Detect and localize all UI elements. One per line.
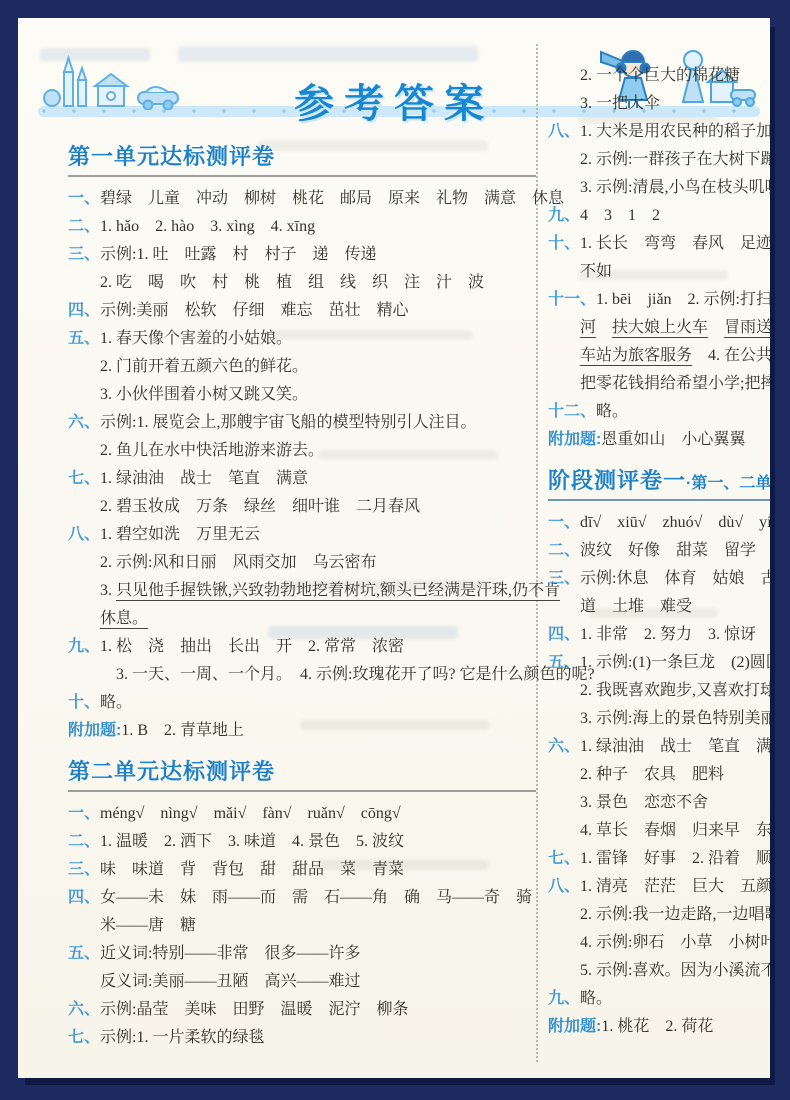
question-number-marker: 九、 bbox=[68, 638, 100, 655]
answer-line: 三、味 味道 背 背包 甜 甜品 菜 青菜 bbox=[68, 856, 536, 884]
answer-text: 4. 示例:卵石 小草 小树叶 小 bbox=[580, 934, 770, 951]
answer-text: 3. 示例:海上的景色特别美丽。 bbox=[580, 710, 770, 727]
answer-line: 2. 示例:一群孩子在大树下蹦蹦跳 bbox=[548, 146, 770, 174]
answer-text: 2. 示例:我一边走路,一边唱歌。 bbox=[580, 906, 770, 923]
answer-line: 十一、1. bēi jiǎn 2. 示例:打扫打扫 bbox=[548, 286, 770, 314]
question-number-marker: 五、 bbox=[548, 654, 580, 671]
underlined-answer-text: 车站为旅客服务 bbox=[580, 347, 692, 366]
answer-line: 3. 一天、一周、一个月。 4. 示例:玫瑰花开了吗? 它是什么颜色的呢? bbox=[68, 661, 536, 689]
answer-line: 六、1. 绿油油 战士 笔直 满意 bbox=[548, 733, 770, 761]
answer-line: 十、1. 长长 弯弯 春风 足迹 爱心 bbox=[548, 230, 770, 258]
answer-text: 2. 一个个巨大的棉花糖 bbox=[580, 67, 740, 84]
answer-line: 2. 示例:风和日丽 风雨交加 乌云密布 bbox=[68, 549, 536, 577]
section-heading: 第一单元达标测评卷 bbox=[68, 140, 536, 177]
answer-line: 车站为旅客服务 4. 在公共汽 bbox=[548, 342, 770, 370]
answer-text: 碧绿 儿童 冲动 柳树 桃花 邮局 原来 礼物 满意 休息 bbox=[100, 190, 564, 207]
answer-line: 2. 一个个巨大的棉花糖 bbox=[548, 62, 770, 90]
answer-line: 4. 草长 春烟 归来早 东风放 bbox=[548, 817, 770, 845]
answer-text: 略。 bbox=[596, 403, 628, 420]
answer-line: 三、示例:休息 体育 姑娘 古代 bbox=[548, 565, 770, 593]
answer-line: 3. 景色 恋恋不舍 bbox=[548, 789, 770, 817]
answer-text: 示例:1. 一片柔软的绿毯 bbox=[100, 1029, 264, 1046]
answer-text bbox=[596, 319, 612, 336]
answer-line: 附加题:1. 桃花 2. 荷花 bbox=[548, 1013, 770, 1041]
answer-line: 一、dī√ xiū√ zhuó√ dù√ yín bbox=[548, 509, 770, 537]
answer-text: 5. 示例:喜欢。因为小溪流不怕困 bbox=[580, 962, 770, 979]
question-number-marker: 十二、 bbox=[548, 403, 596, 420]
answer-text: 3. 示例:清晨,小鸟在枝头叽叽喳喳 bbox=[580, 179, 770, 196]
section-heading: 阶段测评卷一·第一、二单元 bbox=[548, 464, 770, 501]
answer-line: 八、1. 清亮 茫茫 巨大 五颜六色 bbox=[548, 873, 770, 901]
bonus-question-label: 附加题: bbox=[548, 431, 601, 448]
question-number-marker: 七、 bbox=[548, 850, 580, 867]
answer-text: 1. 温暖 2. 洒下 3. 味道 4. 景色 5. 波纹 bbox=[100, 833, 404, 850]
question-number-marker: 四、 bbox=[68, 889, 100, 906]
answer-text: 3. bbox=[100, 582, 116, 599]
question-number-marker: 八、 bbox=[548, 123, 580, 140]
answer-line: 九、1. 松 浇 抽出 长出 开 2. 常常 浓密 bbox=[68, 633, 536, 661]
bonus-question-label: 附加题: bbox=[68, 722, 121, 739]
answer-line: 2. 我既喜欢跑步,又喜欢打球。 bbox=[548, 677, 770, 705]
answer-text: méng√ nìng√ mǎi√ fàn√ ruǎn√ cōng√ bbox=[100, 805, 401, 822]
question-number-marker: 三、 bbox=[68, 861, 100, 878]
question-number-marker: 五、 bbox=[68, 330, 100, 347]
answer-line: 5. 示例:喜欢。因为小溪流不怕困 bbox=[548, 957, 770, 985]
answer-line: 3. 示例:清晨,小鸟在枝头叽叽喳喳 bbox=[548, 174, 770, 202]
answer-line: 十二、略。 bbox=[548, 398, 770, 426]
answer-line: 一、méng√ nìng√ mǎi√ fàn√ ruǎn√ cōng√ bbox=[68, 800, 536, 828]
answer-text: 3. 一把大伞 bbox=[580, 95, 660, 112]
answer-line: 2. 种子 农具 肥料 bbox=[548, 761, 770, 789]
answer-line: 二、1. hǎo 2. hào 3. xìng 4. xīng bbox=[68, 213, 536, 241]
answer-line: 九、略。 bbox=[548, 985, 770, 1013]
answer-line: 休息。 bbox=[68, 605, 536, 633]
answer-text: 3. 小伙伴围着小树又跳又笑。 bbox=[100, 386, 308, 403]
answer-line: 反义词:美丽——丑陋 高兴——难过 bbox=[68, 968, 536, 996]
question-number-marker: 九、 bbox=[548, 207, 580, 224]
answers-column-right: 2. 一个个巨大的棉花糖3. 一把大伞八、1. 大米是用农民种的稻子加工出来2.… bbox=[548, 62, 770, 1041]
question-number-marker: 四、 bbox=[68, 302, 100, 319]
answer-line: 七、示例:1. 一片柔软的绿毯 bbox=[68, 1024, 536, 1052]
answer-text: 示例:美丽 松软 仔细 难忘 茁壮 精心 bbox=[100, 302, 408, 319]
answer-line: 四、示例:美丽 松软 仔细 难忘 茁壮 精心 bbox=[68, 297, 536, 325]
answer-text: 1. bēi jiǎn 2. 示例:打扫打扫 bbox=[596, 291, 770, 308]
underlined-answer-text: 只见他手握铁锹,兴致勃勃地挖着树坑,额头已经满是汗珠,仍不肯 bbox=[116, 582, 560, 601]
answer-line: 河 扶大娘上火车 冒雨送大娘 bbox=[548, 314, 770, 342]
answer-text: 略。 bbox=[580, 990, 612, 1007]
answer-line: 4. 示例:卵石 小草 小树叶 小 bbox=[548, 929, 770, 957]
answer-line: 米——唐 糖 bbox=[68, 912, 536, 940]
answer-line: 六、示例:晶莹 美味 田野 温暖 泥泞 柳条 bbox=[68, 996, 536, 1024]
question-number-marker: 一、 bbox=[68, 805, 100, 822]
question-number-marker: 二、 bbox=[68, 218, 100, 235]
answer-text: 示例:晶莹 美味 田野 温暖 泥泞 柳条 bbox=[100, 1001, 408, 1018]
answer-line: 2. 鱼儿在水中快活地游来游去。 bbox=[68, 437, 536, 465]
answer-text: 示例:休息 体育 姑娘 古代 bbox=[580, 570, 770, 587]
answer-line: 道 土堆 难受 bbox=[548, 593, 770, 621]
answer-line: 不如 bbox=[548, 258, 770, 286]
answer-line: 3. 只见他手握铁锹,兴致勃勃地挖着树坑,额头已经满是汗珠,仍不肯 bbox=[68, 577, 536, 605]
answer-line: 五、1. 示例:(1)一条巨龙 (2)圆圆的 bbox=[548, 649, 770, 677]
question-number-marker: 六、 bbox=[68, 414, 100, 431]
answer-text: 味 味道 背 背包 甜 甜品 菜 青菜 bbox=[100, 861, 404, 878]
answer-text: 1. hǎo 2. hào 3. xìng 4. xīng bbox=[100, 218, 315, 235]
question-number-marker: 四、 bbox=[548, 626, 580, 643]
answer-line: 2. 门前开着五颜六色的鲜花。 bbox=[68, 353, 536, 381]
answers-column-left: 第一单元达标测评卷一、碧绿 儿童 冲动 柳树 桃花 邮局 原来 礼物 满意 休息… bbox=[68, 140, 536, 1052]
question-number-marker: 七、 bbox=[68, 1029, 100, 1046]
answer-text: 恩重如山 小心翼翼 bbox=[601, 431, 745, 448]
answer-text: 1. 绿油油 战士 笔直 满意 bbox=[100, 470, 308, 487]
answer-text: 2. 碧玉妆成 万条 绿丝 细叶谁 二月春风 bbox=[100, 498, 420, 515]
answer-key-page-photo: 参考答案 第一单元达标测评卷一、碧绿 儿童 冲动 柳树 桃花 邮局 原来 礼物 … bbox=[0, 0, 790, 1100]
answer-text: 波纹 好像 甜菜 留学 注意 bbox=[580, 542, 770, 559]
question-number-marker: 二、 bbox=[548, 542, 580, 559]
answer-line: 五、1. 春天像个害羞的小姑娘。 bbox=[68, 325, 536, 353]
answer-text: 示例:1. 展览会上,那艘宇宙飞船的模型特别引人注目。 bbox=[100, 414, 476, 431]
answer-line: 附加题:1. B 2. 青草地上 bbox=[68, 717, 536, 745]
answer-text: 1. 长长 弯弯 春风 足迹 爱心 bbox=[580, 235, 770, 252]
answer-text: 1. 桃花 2. 荷花 bbox=[601, 1018, 713, 1035]
answer-text: dī√ xiū√ zhuó√ dù√ yín bbox=[580, 514, 770, 531]
question-number-marker: 六、 bbox=[548, 738, 580, 755]
answer-line: 3. 一把大伞 bbox=[548, 90, 770, 118]
question-number-marker: 一、 bbox=[548, 514, 580, 531]
question-number-marker: 三、 bbox=[548, 570, 580, 587]
answer-line: 3. 小伙伴围着小树又跳又笑。 bbox=[68, 381, 536, 409]
answer-text: 示例:1. 吐 吐露 村 村子 递 传递 bbox=[100, 246, 376, 263]
answer-line: 十、略。 bbox=[68, 689, 536, 717]
answer-line: 八、1. 大米是用农民种的稻子加工出来 bbox=[548, 118, 770, 146]
question-number-marker: 二、 bbox=[68, 833, 100, 850]
answer-text: 1. 春天像个害羞的小姑娘。 bbox=[100, 330, 292, 347]
answer-text: 2. 示例:风和日丽 风雨交加 乌云密布 bbox=[100, 554, 376, 571]
answer-line: 七、1. 雷锋 好事 2. 沿着 顺着 bbox=[548, 845, 770, 873]
answer-line: 五、近义词:特别——非常 很多——许多 bbox=[68, 940, 536, 968]
answer-text: 近义词:特别——非常 很多——许多 bbox=[100, 945, 360, 962]
bleed-through-ghost bbox=[178, 46, 478, 62]
answer-text: 1. B 2. 青草地上 bbox=[121, 722, 244, 739]
question-number-marker: 八、 bbox=[68, 526, 100, 543]
underlined-answer-text: 扶大娘上火车 bbox=[612, 319, 708, 338]
answer-line: 二、波纹 好像 甜菜 留学 注意 bbox=[548, 537, 770, 565]
answer-line: 一、碧绿 儿童 冲动 柳树 桃花 邮局 原来 礼物 满意 休息 bbox=[68, 185, 536, 213]
question-number-marker: 十、 bbox=[68, 694, 100, 711]
answer-text: 女——未 妹 雨——而 需 石——角 确 马——奇 骑 bbox=[100, 889, 532, 906]
bonus-question-label: 附加题: bbox=[548, 1018, 601, 1035]
answer-text: 略。 bbox=[100, 694, 132, 711]
underlined-answer-text: 休息。 bbox=[100, 610, 148, 629]
answer-text: 2. 鱼儿在水中快活地游来游去。 bbox=[100, 442, 324, 459]
question-number-marker: 八、 bbox=[548, 878, 580, 895]
question-number-marker: 七、 bbox=[68, 470, 100, 487]
question-number-marker: 五、 bbox=[68, 945, 100, 962]
question-number-marker: 六、 bbox=[68, 1001, 100, 1018]
answer-text bbox=[708, 319, 724, 336]
answer-text: 1. 非常 2. 努力 3. 惊讶 4. 安静 bbox=[580, 626, 770, 643]
answer-text: 1. 清亮 茫茫 巨大 五颜六色 bbox=[580, 878, 770, 895]
answer-line: 六、示例:1. 展览会上,那艘宇宙飞船的模型特别引人注目。 bbox=[68, 409, 536, 437]
question-number-marker: 十、 bbox=[548, 235, 580, 252]
question-number-marker: 三、 bbox=[68, 246, 100, 263]
answer-line: 九、4 3 1 2 bbox=[548, 202, 770, 230]
answer-line: 2. 碧玉妆成 万条 绿丝 细叶谁 二月春风 bbox=[68, 493, 536, 521]
answer-text: 2. 吃 喝 吹 村 桃 植 组 线 织 注 汁 波 bbox=[100, 274, 484, 291]
answer-line: 3. 示例:海上的景色特别美丽。 bbox=[548, 705, 770, 733]
section-heading: 第二单元达标测评卷 bbox=[68, 755, 536, 792]
answer-text: 3. 景色 恋恋不舍 bbox=[580, 794, 708, 811]
underlined-answer-text: 冒雨送大娘 bbox=[724, 319, 770, 338]
answer-line: 2. 示例:我一边走路,一边唱歌。 bbox=[548, 901, 770, 929]
answer-text: 把零花钱捐给希望小学;把摔跤 bbox=[580, 375, 770, 392]
answer-text: 1. 绿油油 战士 笔直 满意 bbox=[580, 738, 770, 755]
question-number-marker: 九、 bbox=[548, 990, 580, 1007]
answer-line: 八、1. 碧空如洗 万里无云 bbox=[68, 521, 536, 549]
answer-text: 4. 草长 春烟 归来早 东风放 bbox=[580, 822, 770, 839]
answer-line: 把零花钱捐给希望小学;把摔跤 bbox=[548, 370, 770, 398]
answer-text: 道 土堆 难受 bbox=[580, 598, 692, 615]
answer-text: 3. 一天、一周、一个月。 4. 示例:玫瑰花开了吗? 它是什么颜色的呢? bbox=[116, 666, 595, 683]
answer-text: 米——唐 糖 bbox=[100, 917, 196, 934]
answer-text: 1. 松 浇 抽出 长出 开 2. 常常 浓密 bbox=[100, 638, 404, 655]
answer-text: 1. 碧空如洗 万里无云 bbox=[100, 526, 260, 543]
answer-text: 2. 种子 农具 肥料 bbox=[580, 766, 724, 783]
answer-text: 2. 我既喜欢跑步,又喜欢打球。 bbox=[580, 682, 770, 699]
answer-text: 反义词:美丽——丑陋 高兴——难过 bbox=[100, 973, 360, 990]
answer-line: 二、1. 温暖 2. 洒下 3. 味道 4. 景色 5. 波纹 bbox=[68, 828, 536, 856]
answer-text: 2. 示例:一群孩子在大树下蹦蹦跳 bbox=[580, 151, 770, 168]
book-paper: 参考答案 第一单元达标测评卷一、碧绿 儿童 冲动 柳树 桃花 邮局 原来 礼物 … bbox=[18, 18, 770, 1078]
underlined-answer-text: 河 bbox=[580, 319, 596, 338]
answer-line: 四、1. 非常 2. 努力 3. 惊讶 4. 安静 bbox=[548, 621, 770, 649]
answer-line: 四、女——未 妹 雨——而 需 石——角 确 马——奇 骑 bbox=[68, 884, 536, 912]
question-number-marker: 一、 bbox=[68, 190, 100, 207]
answer-text: 4. 在公共汽 bbox=[692, 347, 770, 364]
answer-line: 七、1. 绿油油 战士 笔直 满意 bbox=[68, 465, 536, 493]
answer-text: 1. 示例:(1)一条巨龙 (2)圆圆的 bbox=[580, 654, 770, 671]
answer-line: 三、示例:1. 吐 吐露 村 村子 递 传递 bbox=[68, 241, 536, 269]
question-number-marker: 十一、 bbox=[548, 291, 596, 308]
answer-text: 1. 雷锋 好事 2. 沿着 顺着 bbox=[580, 850, 770, 867]
answer-text: 4 3 1 2 bbox=[580, 207, 660, 224]
answer-text: 2. 门前开着五颜六色的鲜花。 bbox=[100, 358, 308, 375]
answer-text: 1. 大米是用农民种的稻子加工出来 bbox=[580, 123, 770, 140]
answer-line: 附加题:恩重如山 小心翼翼 bbox=[548, 426, 770, 454]
answer-line: 2. 吃 喝 吹 村 桃 植 组 线 织 注 汁 波 bbox=[68, 269, 536, 297]
answer-text: 不如 bbox=[580, 263, 612, 280]
